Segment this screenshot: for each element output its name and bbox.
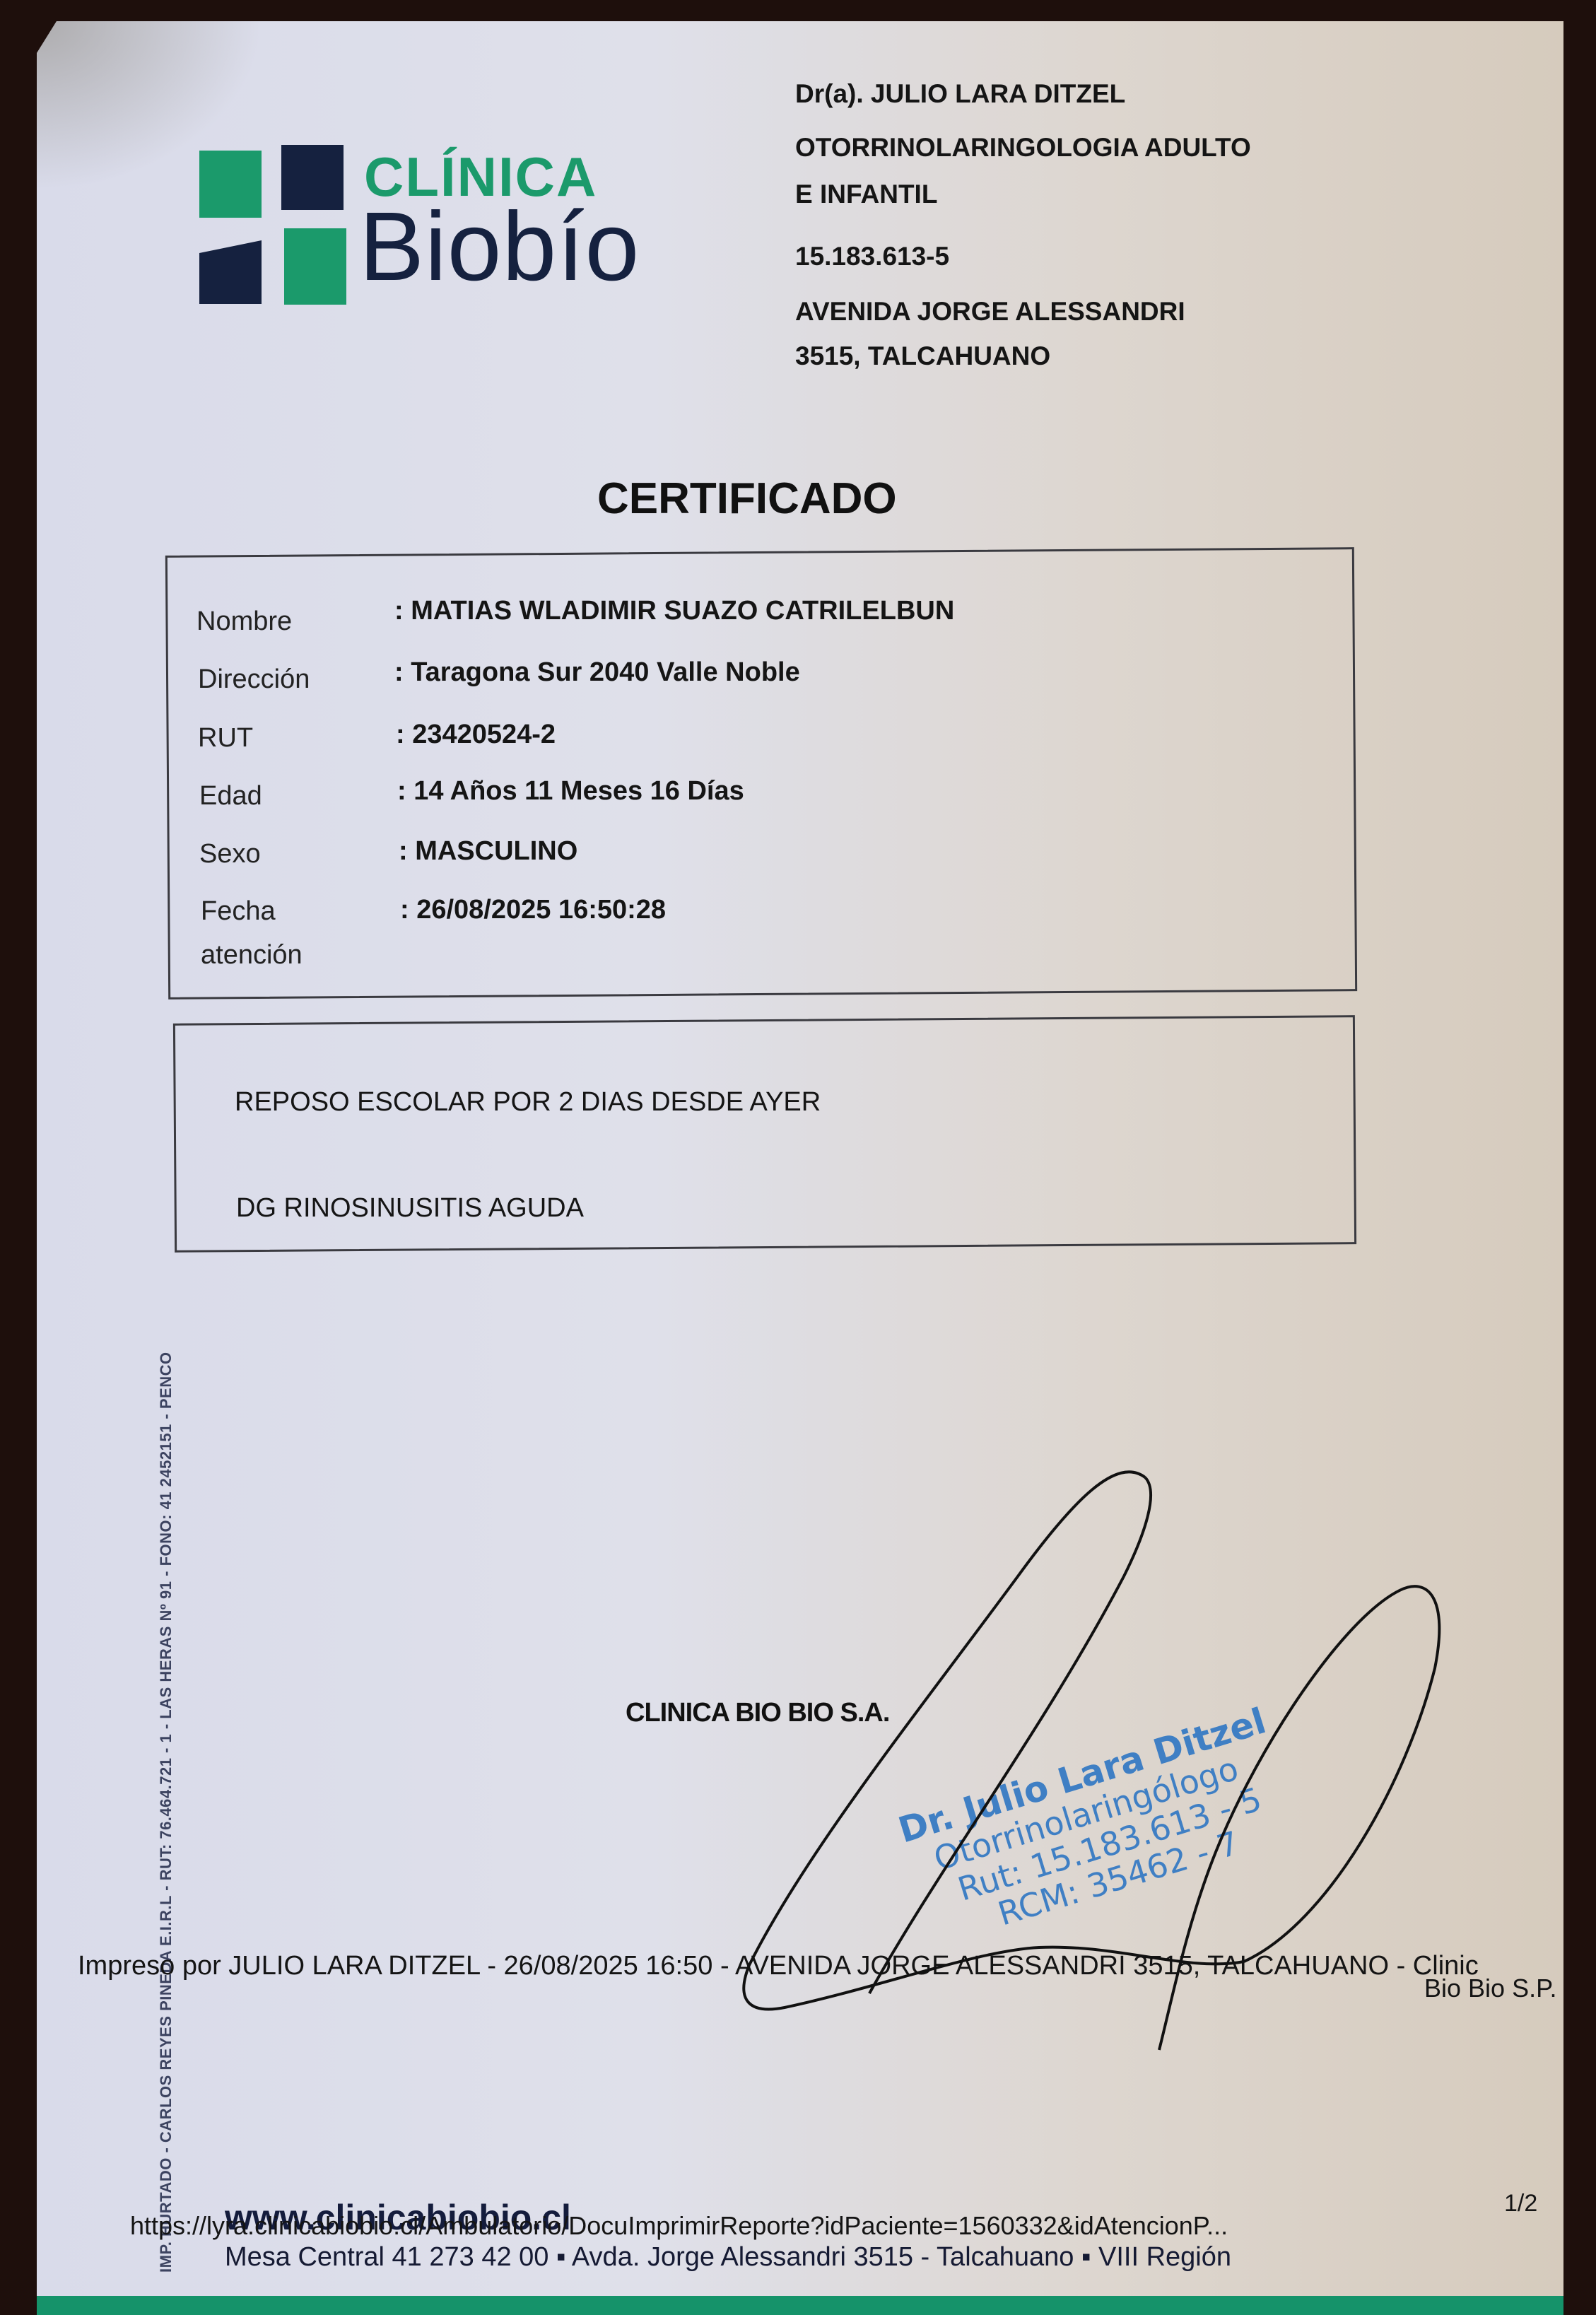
footer-print-url: https://lyra.clinicabiobio.cl/Ambulatori… xyxy=(130,2211,1228,2241)
footer-contact: Mesa Central 41 273 42 00 ▪ Avda. Jorge … xyxy=(225,2242,1231,2273)
footer-green-bar xyxy=(37,2296,1563,2315)
footer-page-number: 1/2 xyxy=(1504,2190,1537,2217)
handwritten-signature xyxy=(0,0,1596,2315)
